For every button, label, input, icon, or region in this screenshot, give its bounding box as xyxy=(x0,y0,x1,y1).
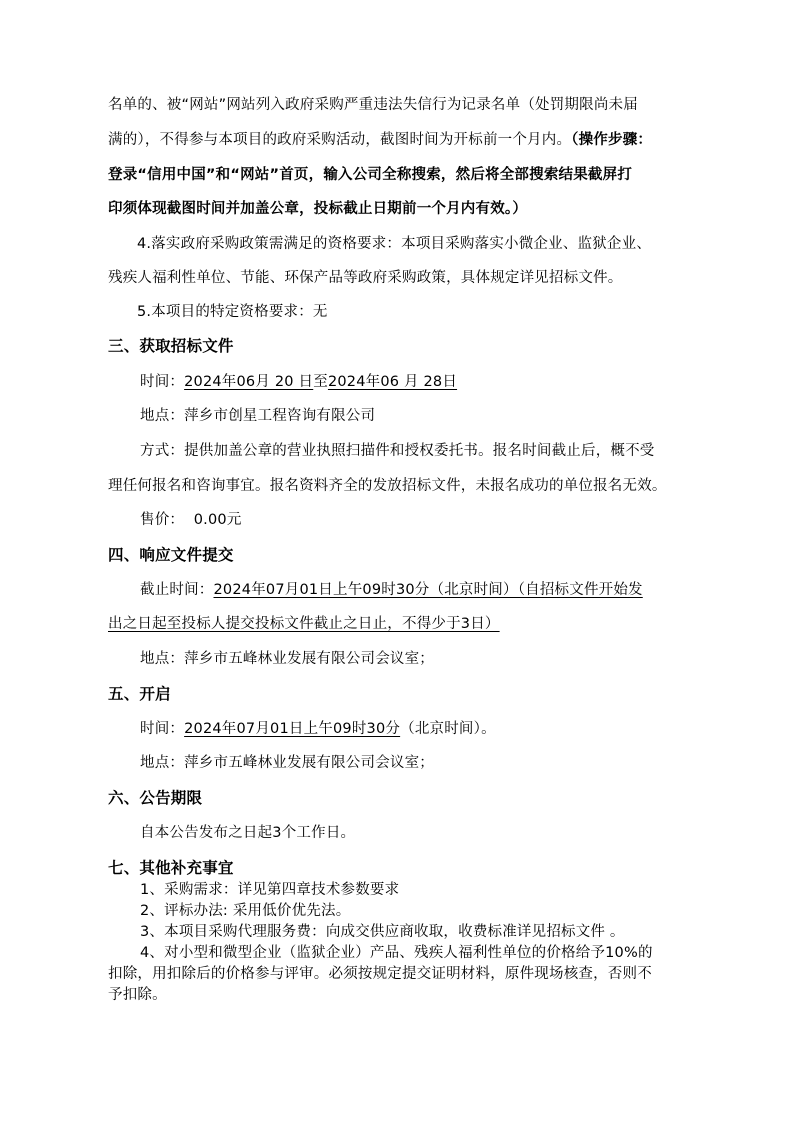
section-6-heading: 六、公告期限 xyxy=(108,788,202,808)
section-7-item-3: 3、本项目采购代理服务费：向成交供应商收取，收费标准详见招标文件 。 xyxy=(140,922,625,942)
section-7-item-4-line-3: 予扣除。 xyxy=(108,985,167,1005)
deadline-label: 截止时间： xyxy=(140,582,214,598)
section-7-item-1: 1、采购需求：详见第四章技术参数要求 xyxy=(140,880,399,900)
section-4-deadline-line-2: 出之日起至投标人提交投标文件截止之日止，不得少于3日） xyxy=(108,614,500,634)
section-7-item-2: 2、评标办法: 采用低价优先法。 xyxy=(140,901,350,921)
time-start: 2024年06月 20 日 xyxy=(184,374,313,390)
section-7-heading: 七、其他补充事宜 xyxy=(108,858,234,878)
section-3-heading: 三、获取招标文件 xyxy=(108,336,234,356)
operation-steps-label: （操作步骤： xyxy=(571,132,652,148)
time-end: 2024年06 月 28日 xyxy=(328,374,457,390)
open-time-label: 时间： xyxy=(140,721,184,737)
requirement-4-line-2: 残疾人福利性单位、节能、环保产品等政府采购政策，具体规定详见招标文件。 xyxy=(108,268,623,288)
section-7-item-4-line-2: 扣除，用扣除后的价格参与评审。必须按规定提交证明材料，原件现场核查，否则不 xyxy=(108,964,652,984)
open-time-suffix: （北京时间）。 xyxy=(400,721,496,737)
section-3-price: 售价： 0.00元 xyxy=(140,510,242,530)
section-7-item-4: 4、对小型和微型企业（监狱企业）产品、残疾人福利性单位的价格给予10%的 xyxy=(140,943,653,963)
requirement-5: 5.本项目的特定资格要求：无 xyxy=(137,302,328,322)
section-5-time: 时间：2024年07月01日上午09时30分（北京时间）。 xyxy=(140,719,496,739)
price-value: 0.00元 xyxy=(194,512,242,528)
section-3-method-line-2: 理任何报名和咨询事宜。报名资料齐全的发放招标文件，未报名成功的单位报名无效。 xyxy=(108,476,667,496)
section-6-text: 自本公告发布之日起3个工作日。 xyxy=(140,823,355,843)
section-4-heading: 四、响应文件提交 xyxy=(108,545,234,565)
section-5-place: 地点：萍乡市五峰林业发展有限公司会议室； xyxy=(140,753,434,773)
deadline-value: 2024年07月01日上午09时30分（北京时间）（自招标文件开始发 xyxy=(214,582,643,598)
section-4-deadline-line-1: 截止时间：2024年07月01日上午09时30分（北京时间）（自招标文件开始发 xyxy=(140,580,643,600)
time-to: 至 xyxy=(313,374,328,390)
intro-line-2-text: 满的），不得参与本项目的政府采购活动，截图时间为开标前一个月内。 xyxy=(108,132,571,148)
time-label: 时间： xyxy=(140,374,184,390)
open-time-value: 2024年07月01日上午09时30分 xyxy=(184,721,400,737)
intro-line-3: 登录“信用中国”和“网站”首页，输入公司全称搜索，然后将全部搜索结果截屏打 xyxy=(108,165,632,185)
requirement-4-line-1: 4.落实政府采购政策需满足的资格要求：本项目采购落实小微企业、监狱企业、 xyxy=(137,234,651,254)
section-3-place: 地点：萍乡市创星工程咨询有限公司 xyxy=(140,406,375,426)
section-4-place: 地点：萍乡市五峰林业发展有限公司会议室； xyxy=(140,649,434,669)
document-page: 名单的、被“网站”网站列入政府采购严重违法失信行为记录名单（处罚期限尚未届 满的… xyxy=(0,0,793,1122)
price-label: 售价： xyxy=(140,512,184,528)
intro-line-2: 满的），不得参与本项目的政府采购活动，截图时间为开标前一个月内。（操作步骤： xyxy=(108,130,652,150)
section-3-time: 时间：2024年06月 20 日至2024年06 月 28日 xyxy=(140,372,457,392)
section-3-method-line-1: 方式：提供加盖公章的营业执照扫描件和授权委托书。报名时间截止后，概不受 xyxy=(140,441,655,461)
intro-line-1: 名单的、被“网站”网站列入政府采购严重违法失信行为记录名单（处罚期限尚未届 xyxy=(108,95,638,115)
section-5-heading: 五、开启 xyxy=(108,684,171,704)
intro-line-4: 印须体现截图时间并加盖公章，投标截止日期前一个月内有效。） xyxy=(108,199,527,219)
